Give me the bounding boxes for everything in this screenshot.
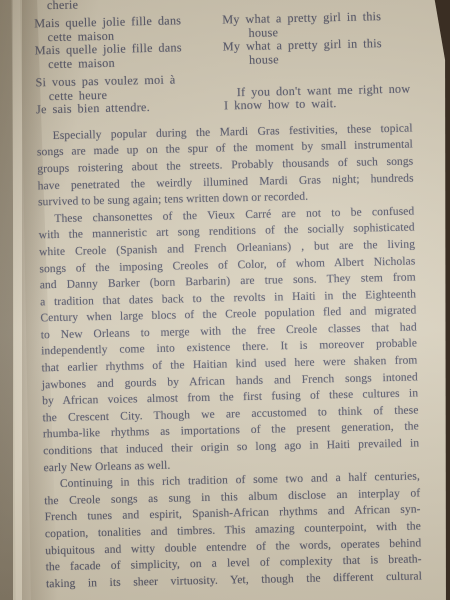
lyric-english-line: I know how to wait. [224,96,412,114]
lyric-english-line [235,0,410,9]
lyric-french-line: cherie [34,0,235,13]
paragraph: Continuing in this rich tradition of som… [44,469,422,593]
page-left-edge-shadow [0,0,13,600]
page-content: cherieMais quelle jolie fille dansMy wha… [34,0,422,593]
lyrics-section: cherieMais quelle jolie fille dansMy wha… [34,0,412,117]
liner-notes-page: cherieMais quelle jolie fille dansMy wha… [0,0,450,600]
lyric-english-line: house [236,50,411,67]
photo-background: cherieMais quelle jolie fille dansMy wha… [0,0,450,600]
paragraph: Especially popular during the Mardi Gras… [36,120,414,211]
liner-notes-text: Especially popular during the Mardi Gras… [36,120,422,592]
paragraph: These chansonettes of the Vieux Carré ar… [38,203,419,476]
lyric-french-line: Je sais bien attendre. [36,100,224,118]
lyric-french-line: cette maison [35,54,236,72]
